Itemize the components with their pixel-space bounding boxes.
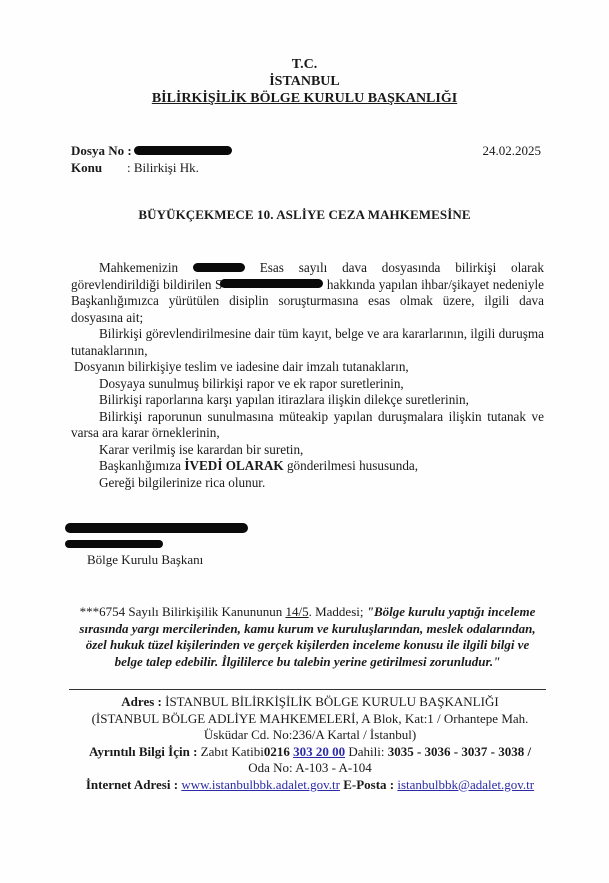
letterhead-tc: T.C.: [0, 56, 609, 73]
phone-link[interactable]: 303 20 00: [293, 744, 345, 759]
email-link[interactable]: istanbulbbk@adalet.gov.tr: [397, 777, 534, 792]
law-reference-note: ***6754 Sayılı Bilirkişilik Kanununun 14…: [75, 604, 540, 670]
address-label: Adres :: [121, 694, 162, 709]
body-item-6: Karar verilmiş ise karardan bir suretin,: [71, 442, 544, 459]
footer-address-line2: (İSTANBUL BÖLGE ADLİYE MAHKEMELERİ, A Bl…: [55, 711, 565, 728]
footer-web-line: İnternet Adresi : www.istanbulbbk.adalet…: [55, 777, 565, 794]
letterhead-institution: BİLİRKİŞİLİK BÖLGE KURULU BAŞKANLIĞI: [0, 90, 609, 107]
subject-label: Konu: [71, 159, 127, 176]
body-item-3: Dosyaya sunulmuş bilirkişi rapor ve ek r…: [71, 376, 544, 393]
law-note-suffix: . Maddesi;: [309, 604, 367, 619]
subject-row: Konu: Bilirkişi Hk.: [71, 159, 541, 176]
subject-value: : Bilirkişi Hk.: [127, 160, 199, 175]
redacted-signer-detail: [65, 540, 163, 548]
body-item-1: Bilirkişi görevlendirilmesine dair tüm k…: [71, 326, 544, 359]
body-item-2: Dosyanın bilirkişiye teslim ve iadesine …: [71, 359, 544, 376]
redacted-case-number: [193, 263, 245, 272]
email-label: E-Posta :: [340, 777, 394, 792]
phone-area-code: 0216: [264, 744, 293, 759]
body-text-segment: Mahkemenizin: [99, 260, 178, 275]
redacted-person-name: [220, 279, 323, 288]
web-label: İnternet Adresi :: [86, 777, 178, 792]
website-link[interactable]: www.istanbulbbk.adalet.gov.tr: [181, 777, 340, 792]
info-label: Ayrıntılı Bilgi İçin :: [89, 744, 197, 759]
file-number-row: Dosya No : 24.02.2025: [71, 142, 541, 159]
footer-room-line: Oda No: A-103 - A-104: [55, 760, 565, 777]
footer-contact: Adres : İSTANBUL BİLİRKİŞİLİK BÖLGE KURU…: [55, 694, 565, 793]
body-paragraph-intro: Mahkemenizin Esas sayılı dava dosyasında…: [71, 260, 544, 326]
body-closing: Gereği bilgilerinize rica olunur.: [71, 475, 544, 492]
body-request: Başkanlığımıza İVEDİ OLARAK gönderilmesi…: [71, 458, 544, 475]
law-note-prefix: ***6754 Sayılı Bilirkişilik Kanununun: [80, 604, 286, 619]
redacted-file-number: [134, 146, 232, 155]
body-text-segment: Başkanlığımıza: [99, 458, 184, 473]
body-item-5: Bilirkişi raporunun sunulmasına müteakip…: [71, 409, 544, 442]
document-page: T.C. İSTANBUL BİLİRKİŞİLİK BÖLGE KURULU …: [0, 0, 609, 883]
info-clerk: Zabıt Katibi: [197, 744, 263, 759]
law-article-number: 14/5: [285, 604, 308, 619]
footer-divider: [69, 689, 546, 690]
signature-block: Bölge Kurulu Başkanı: [65, 523, 248, 568]
address-value: İSTANBUL BİLİRKİŞİLİK BÖLGE KURULU BAŞKA…: [162, 694, 499, 709]
document-meta: Dosya No : 24.02.2025 Konu: Bilirkişi Hk…: [71, 142, 541, 176]
footer-address-line3: Üsküdar Cd. No:236/A Kartal / İstanbul): [55, 727, 565, 744]
extension-numbers: 3035 - 3036 - 3037 - 3038 /: [388, 744, 531, 759]
redacted-signer-name: [65, 523, 248, 533]
file-number-label: Dosya No :: [71, 142, 132, 159]
letter-body: Mahkemenizin Esas sayılı dava dosyasında…: [71, 260, 544, 491]
document-date: 24.02.2025: [483, 142, 542, 159]
letterhead-city: İSTANBUL: [0, 73, 609, 90]
addressee: BÜYÜKÇEKMECE 10. ASLİYE CEZA MAHKEMESİNE: [0, 207, 609, 223]
footer-address-line1: Adres : İSTANBUL BİLİRKİŞİLİK BÖLGE KURU…: [55, 694, 565, 711]
extension-label: Dahili:: [345, 744, 388, 759]
footer-info-line: Ayrıntılı Bilgi İçin : Zabıt Katibi0216 …: [55, 744, 565, 761]
body-text-segment: gönderilmesi hususunda,: [284, 458, 418, 473]
signer-title: Bölge Kurulu Başkanı: [87, 552, 248, 568]
urgent-emphasis: İVEDİ OLARAK: [184, 458, 283, 473]
body-item-4: Bilirkişi raporlarına karşı yapılan itir…: [71, 392, 544, 409]
letterhead: T.C. İSTANBUL BİLİRKİŞİLİK BÖLGE KURULU …: [0, 56, 609, 107]
